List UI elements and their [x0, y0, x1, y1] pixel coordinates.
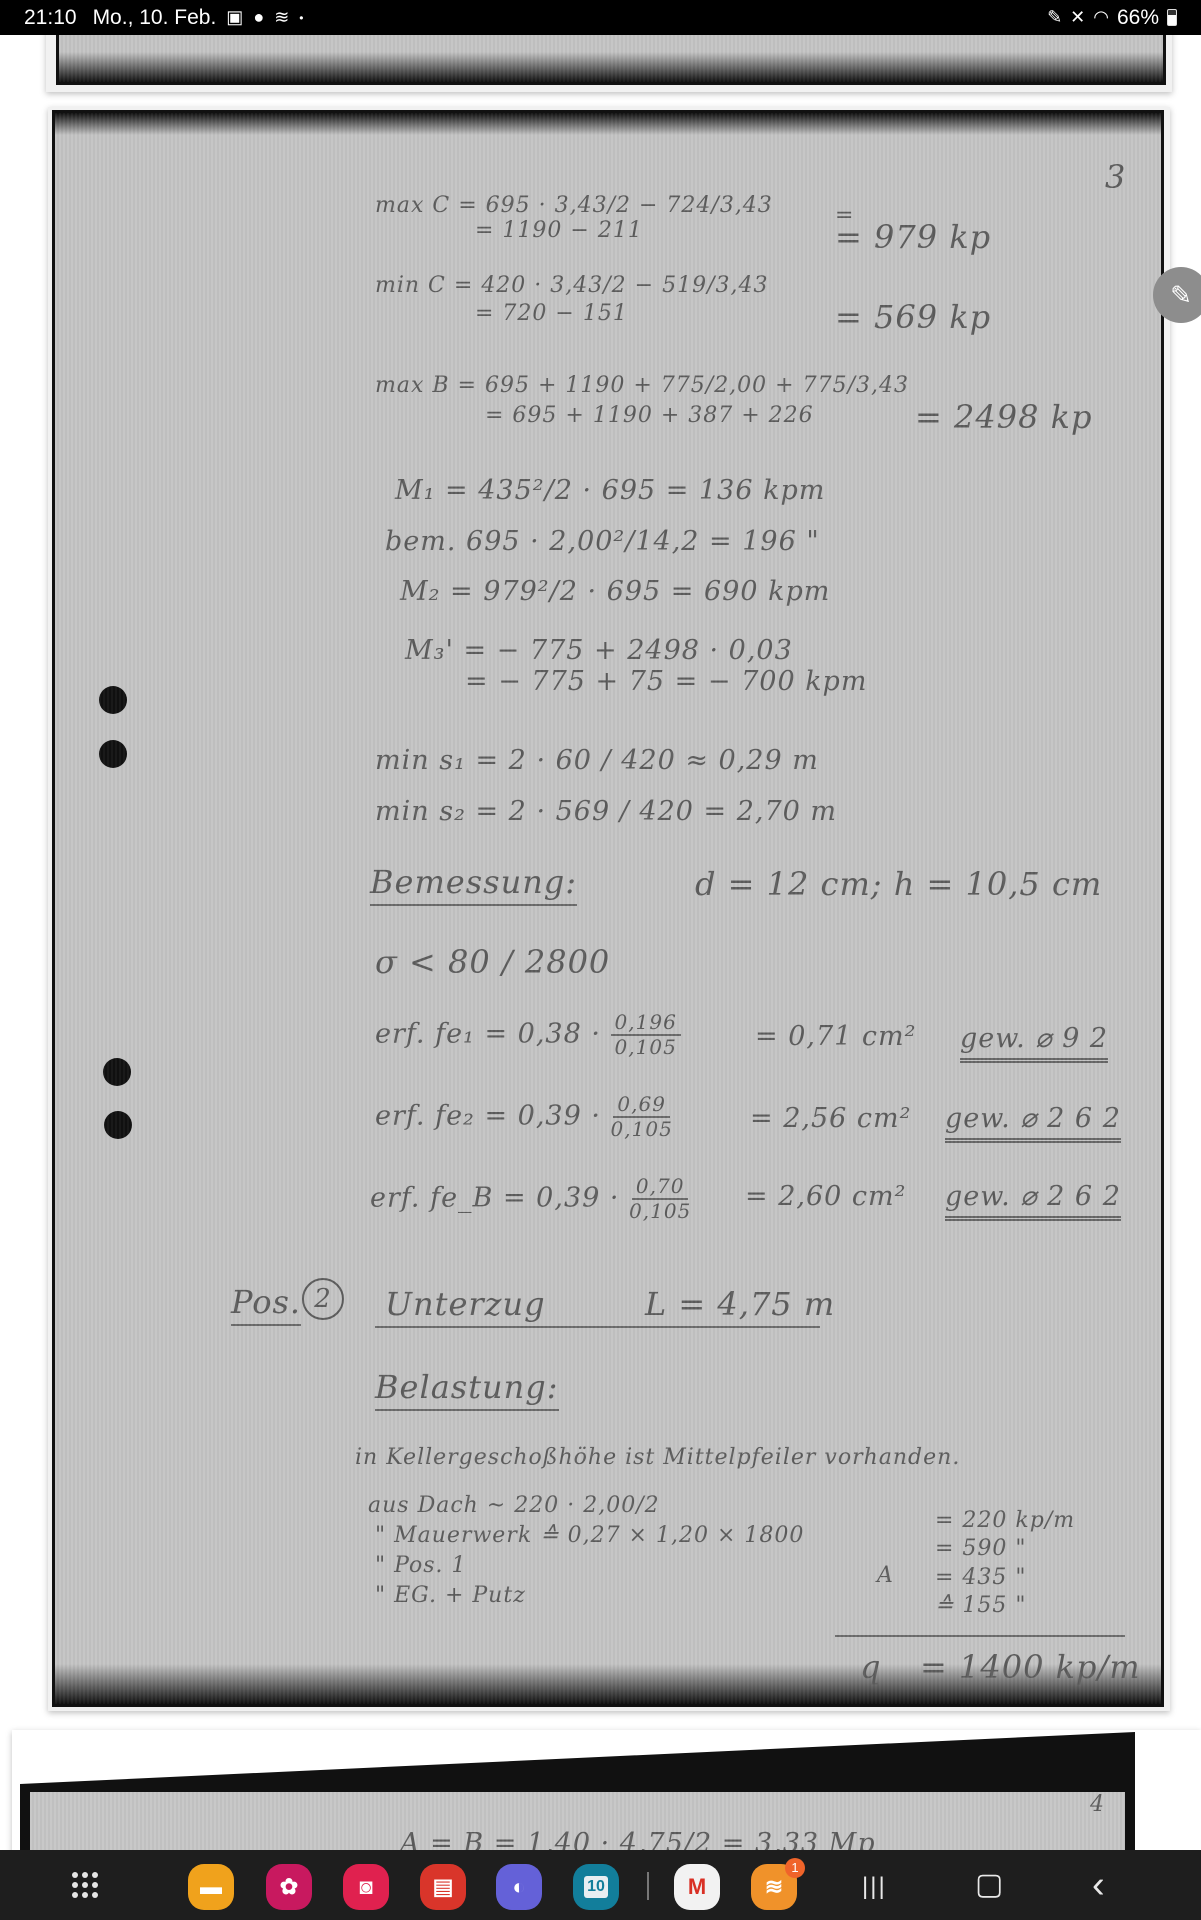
- mute-icon: ✕: [1070, 7, 1085, 28]
- fe2-denominator: 0,105: [611, 1118, 673, 1141]
- status-bar: 21:10 Mo., 10. Feb. ▣ ● ≋ • ✎ ✕ ◠ 66%: [0, 0, 1201, 35]
- load-pos1-desc: " Pos. 1: [375, 1553, 467, 1578]
- maxb-result: = 2498 kp: [915, 398, 1092, 436]
- beam-length: L = 4,75 m: [645, 1285, 835, 1323]
- home-icon: ▢: [975, 1868, 1003, 1901]
- fe1-numerator: 0,196: [611, 1011, 681, 1036]
- back-icon: ‹: [1092, 1864, 1105, 1906]
- maxb-line-2: = 695 + 1190 + 387 + 226: [485, 403, 814, 428]
- gallery-icon: ▣: [226, 7, 243, 28]
- fe2-result: = 2,56 cm²: [750, 1103, 911, 1134]
- feb-chosen: gew. ⌀ 2 6 2: [945, 1181, 1121, 1221]
- app-internet[interactable]: ◐: [496, 1864, 542, 1910]
- app-gallery[interactable]: ✿: [266, 1864, 312, 1910]
- next-page-line: A = B = 1,40 · 4,75/2 = 3,33 Mp: [400, 1828, 876, 1850]
- feb-numerator: 0,70: [632, 1175, 689, 1200]
- load-eg-desc: " EG. + Putz: [375, 1583, 526, 1608]
- fe1-denominator: 0,105: [615, 1036, 677, 1059]
- document-viewer[interactable]: 3 max C = 695 · 3,43/2 − 724/3,43 = = 11…: [0, 35, 1201, 1850]
- stress-limit: σ < 80 / 2800: [375, 943, 610, 981]
- planet-icon: ◐: [512, 1874, 525, 1900]
- battery-icon: [1167, 9, 1177, 26]
- calendar-icon: 10: [584, 1876, 608, 1898]
- fe1-fraction: 0,1960,105: [611, 1011, 681, 1059]
- pos-label-text: Pos.: [231, 1283, 301, 1321]
- moment-m3-line-1: M₃' = − 775 + 2498 · 0,03: [405, 635, 793, 666]
- recents-button[interactable]: |||: [862, 1868, 887, 1904]
- status-time: 21:10: [24, 6, 77, 30]
- minc-line-1: min C = 420 · 3,43/2 − 519/3,43: [375, 273, 768, 298]
- load-note: in Kellergeschoßhöhe ist Mittelpfeiler v…: [355, 1445, 960, 1470]
- app-drawer-button[interactable]: [72, 1872, 98, 1898]
- position-circle: 2: [302, 1278, 344, 1320]
- pen-icon: ✎: [1047, 7, 1062, 28]
- next-page-number: 4: [1090, 1792, 1105, 1817]
- fe2-fraction: 0,690,105: [611, 1093, 673, 1141]
- load-masonry-value: = 590 ": [935, 1536, 1027, 1561]
- wifi-icon: ◠: [1093, 7, 1109, 28]
- moment-check: bem. 695 · 2,00²/14,2 = 196 ": [385, 526, 820, 557]
- sum-line: [835, 1635, 1125, 1637]
- app-camera[interactable]: ◙: [343, 1864, 389, 1910]
- feb-result: = 2,60 cm²: [745, 1181, 906, 1212]
- feb-lhs: erf. fe_B = 0,39 ·: [370, 1183, 619, 1214]
- dot-icon: •: [299, 11, 303, 25]
- position-label: Pos.: [231, 1283, 301, 1326]
- next-page[interactable]: 4 A = B = 1,40 · 4,75/2 = 3,33 Mp: [12, 1730, 1201, 1850]
- load-pos1-value: = 435 ": [935, 1565, 1027, 1590]
- app-gmail[interactable]: M: [674, 1864, 720, 1910]
- bulb-icon: ●: [253, 7, 264, 28]
- pencil-icon: ✎: [1170, 280, 1192, 311]
- app-notes[interactable]: ▤: [420, 1864, 466, 1910]
- bemessung-heading: Bemessung:: [370, 863, 577, 906]
- status-date: Mo., 10. Feb.: [93, 6, 217, 30]
- scanned-sheet: 3 max C = 695 · 3,43/2 − 724/3,43 = = 11…: [52, 110, 1164, 1707]
- wireless-icon: ≋: [274, 7, 289, 28]
- moment-m3-line-2: = − 775 + 75 = − 700 kpm: [465, 666, 867, 697]
- load-total-label: q: [860, 1648, 881, 1686]
- camera-icon: ◙: [359, 1874, 372, 1900]
- beam-title: Unterzug: [385, 1285, 546, 1323]
- punch-hole: [99, 740, 127, 768]
- navigation-bar: ▬ ✿ ◙ ▤ ◐ 10 M ≋ 1 ||| ▢ ‹: [0, 1850, 1201, 1920]
- maxb-line-1: max B = 695 + 1190 + 775/2,00 + 775/3,43: [375, 373, 909, 398]
- flower-icon: ✿: [280, 1874, 298, 1900]
- audible-icon: ≋: [765, 1874, 783, 1900]
- previous-page[interactable]: [46, 35, 1172, 92]
- fe2-lhs: erf. fe₂ = 0,39 ·: [375, 1101, 601, 1132]
- app-audible[interactable]: ≋ 1: [751, 1864, 797, 1910]
- punch-hole: [99, 686, 127, 714]
- feb-fraction: 0,700,105: [629, 1175, 691, 1223]
- load-masonry-desc: " Mauerwerk ≙ 0,27 × 1,20 × 1800: [375, 1523, 804, 1548]
- folder-icon: ▬: [200, 1874, 222, 1900]
- battery-level: 66%: [1117, 6, 1159, 30]
- load-roof-value: = 220 kp/m: [935, 1508, 1075, 1533]
- feb-denominator: 0,105: [629, 1200, 691, 1223]
- minc-line-2: = 720 − 151: [475, 301, 628, 326]
- fe1-lhs: erf. fe₁ = 0,38 ·: [375, 1019, 601, 1050]
- moment-m1: M₁ = 435²/2 · 695 = 136 kpm: [395, 475, 825, 506]
- fe1-chosen: gew. ⌀ 9 2: [960, 1023, 1108, 1063]
- underline: [375, 1326, 820, 1328]
- load-eg-value: ≙ 155 ": [935, 1593, 1027, 1618]
- load-total-value: = 1400 kp/m: [920, 1648, 1141, 1686]
- min-s1: min s₁ = 2 · 60 / 420 ≈ 0,29 m: [375, 745, 819, 776]
- punch-hole: [103, 1058, 131, 1086]
- maxc-line-2: = 1190 − 211: [475, 218, 643, 243]
- fe2-chosen: gew. ⌀ 2 6 2: [945, 1103, 1121, 1143]
- app-my-files[interactable]: ▬: [188, 1864, 234, 1910]
- load-roof-desc: aus Dach ~ 220 · 2,00/2: [368, 1493, 660, 1518]
- app-calendar[interactable]: 10: [573, 1864, 619, 1910]
- maxc-result: = 979 kp: [835, 218, 991, 256]
- fe2-numerator: 0,69: [613, 1093, 670, 1118]
- position-number: 2: [302, 1278, 344, 1320]
- load-pos1-mid: A: [877, 1563, 894, 1588]
- gmail-icon: M: [688, 1874, 706, 1900]
- page-number: 3: [1105, 158, 1126, 196]
- moment-m2: M₂ = 979²/2 · 695 = 690 kpm: [400, 576, 830, 607]
- fe2-formula: erf. fe₂ = 0,39 · 0,690,105: [375, 1093, 673, 1141]
- min-s2: min s₂ = 2 · 569 / 420 = 2,70 m: [375, 796, 837, 827]
- feb-formula: erf. fe_B = 0,39 · 0,700,105: [370, 1175, 691, 1223]
- dock-separator: [647, 1872, 649, 1900]
- recents-icon: |||: [862, 1873, 887, 1900]
- maxc-line-1: max C = 695 · 3,43/2 − 724/3,43: [375, 193, 773, 218]
- fe1-result: = 0,71 cm²: [755, 1021, 916, 1052]
- belastung-heading: Belastung:: [375, 1368, 559, 1411]
- home-button[interactable]: ▢: [975, 1868, 1003, 1902]
- notes-icon: ▤: [433, 1874, 454, 1900]
- back-button[interactable]: ‹: [1092, 1868, 1105, 1902]
- edit-button[interactable]: ✎: [1153, 267, 1201, 323]
- section-dimensions: d = 12 cm; h = 10,5 cm: [695, 865, 1102, 903]
- minc-result: = 569 kp: [835, 298, 991, 336]
- fe1-formula: erf. fe₁ = 0,38 · 0,1960,105: [375, 1011, 681, 1059]
- punch-hole: [104, 1111, 132, 1139]
- current-page[interactable]: 3 max C = 695 · 3,43/2 − 724/3,43 = = 11…: [48, 107, 1170, 1711]
- notification-badge: 1: [785, 1858, 805, 1878]
